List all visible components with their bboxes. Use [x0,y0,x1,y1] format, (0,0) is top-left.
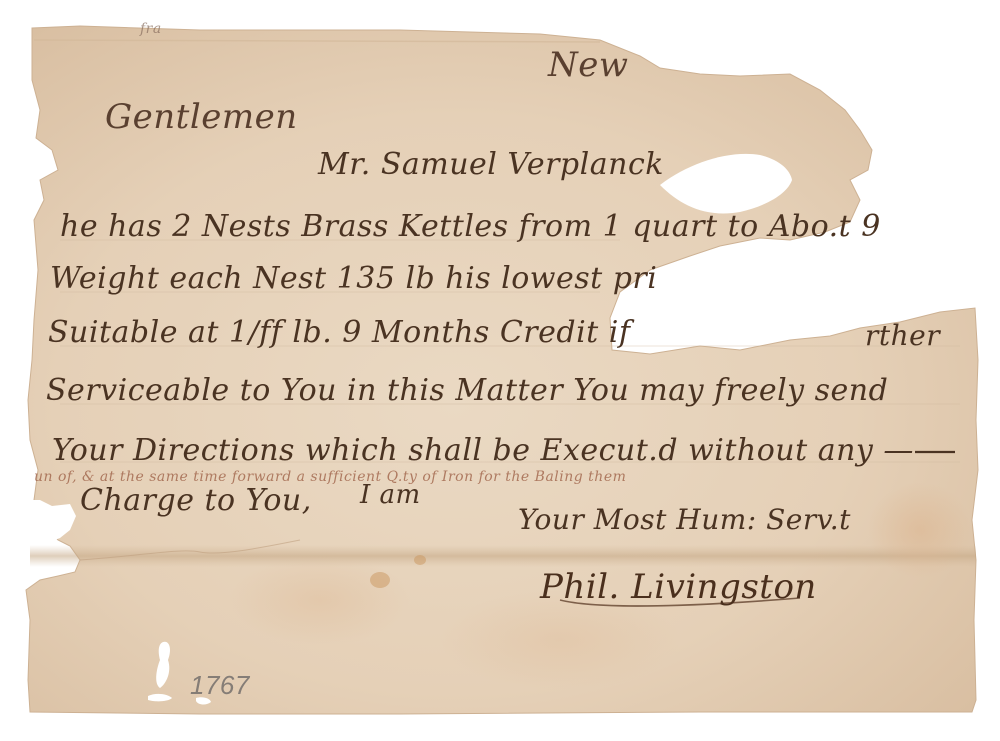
body-fragment: rther [865,322,940,350]
foxing-stain [230,555,410,645]
top-mark: fra [140,22,162,36]
body-line: he has 2 Nests Brass Kettles from 1 quar… [60,212,881,242]
water-stain [868,482,972,578]
date-fragment: New [548,48,628,82]
closing-intro: I am [360,482,421,508]
body-line: Suitable at 1/ff lb. 9 Months Credit if [48,318,630,348]
closing: Your Most Hum: Serv.t [518,506,851,534]
foxing-stain [414,555,426,565]
signature: Phil. Livingston [540,570,817,604]
body-line: Charge to You, [80,486,312,516]
letter-document: fra New Gentlemen Mr. Samuel Verplanck h… [0,0,1000,741]
foxing-stain [370,572,390,588]
archival-pencil-note: 1767 [190,672,250,698]
body-line: Your Directions which shall be Execut.d … [52,436,914,466]
interlinear-note: un of, & at the same time forward a suff… [34,470,626,484]
body-line: Weight each Nest 135 lb his lowest pri [50,264,657,294]
fold-line [30,545,976,567]
body-line: Serviceable to You in this Matter You ma… [46,376,888,406]
body-line: Mr. Samuel Verplanck [318,150,664,180]
salutation: Gentlemen [105,100,298,134]
